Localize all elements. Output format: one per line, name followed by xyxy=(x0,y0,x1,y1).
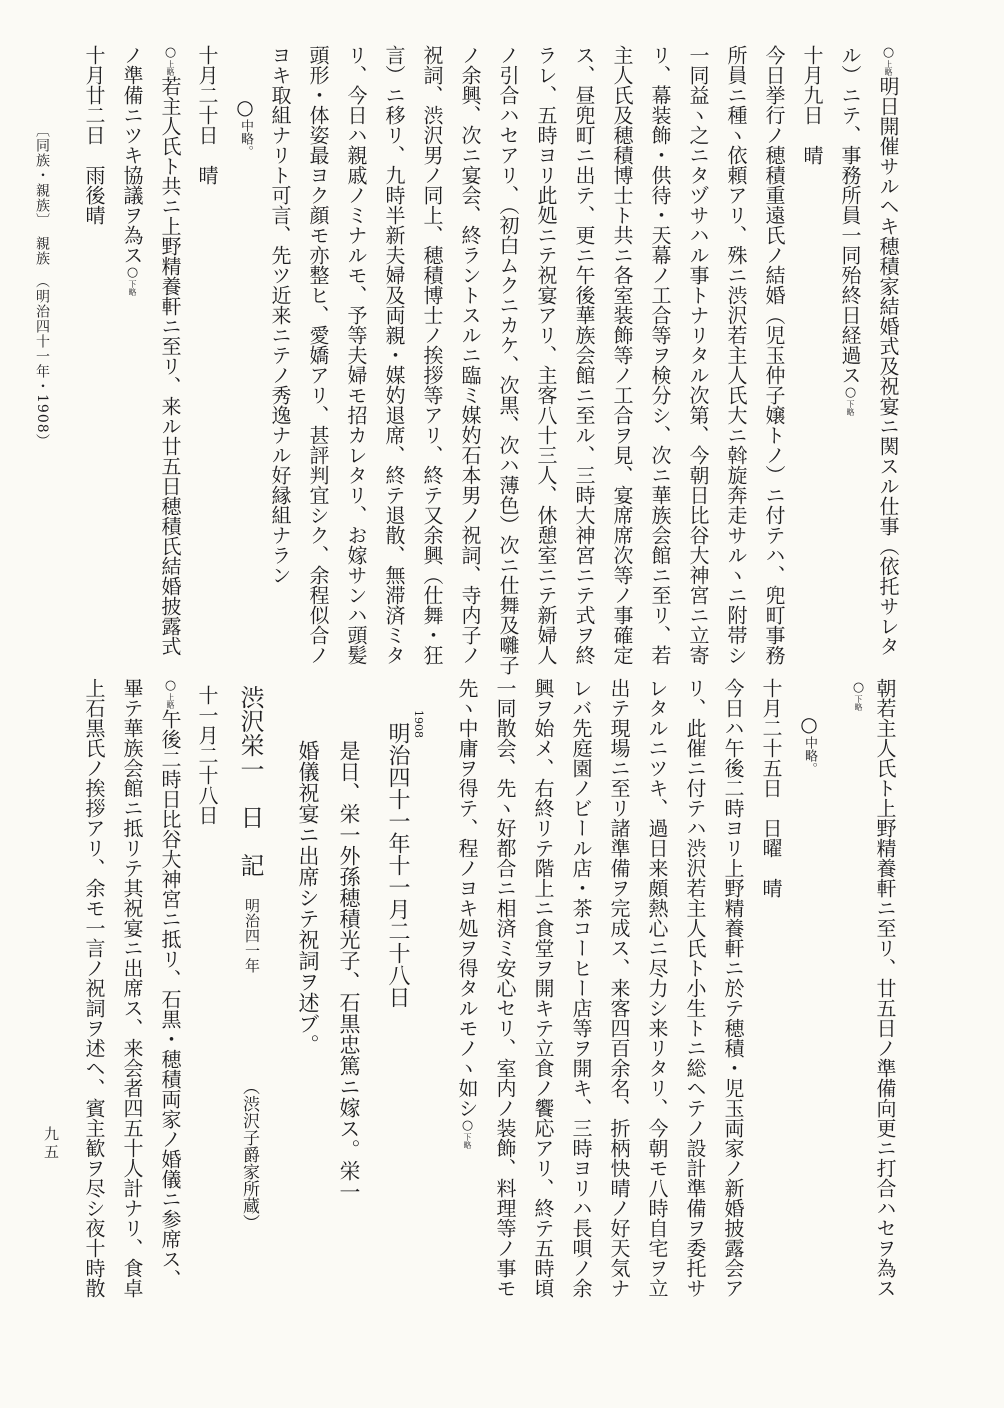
text-run: 興ヲ始メ、右終リテ階上ニ食堂ヲ開キテ立食ノ饗応アリ、終テ五時頃 xyxy=(531,678,555,1298)
text-run: 九五 xyxy=(42,1126,60,1162)
diary-line: ラレ、五時ヨリ此処ニテ祝宴アリ、主客八十三人、休憩室ニテ新婦人 xyxy=(527,45,565,665)
text-run: 今日ハ午後二時ヨリ上野精養軒ニ於テ穂積・児玉両家ノ新婚披露会ア xyxy=(721,678,745,1298)
page-number: 九五 xyxy=(40,1126,62,1162)
diary-line: 朝若主人氏ト上野精養軒ニ至リ、廿五日ノ準備向更ニ打合ハセヲ為ス xyxy=(866,678,904,1298)
diary-line: ○上略若主人氏ト共ニ上野精養軒ニ至リ、来ル廿五日穂積氏結婚披露式 xyxy=(151,45,189,656)
diary-line: ノ余興、次ニ宴会、終ラントスルニ臨ミ媒妁石本男ノ祝詞、寺内子ノ xyxy=(451,45,489,665)
text-run: 午後二時日比谷大神宮ニ抵リ、石黒・穂積両家ノ婚儀ニ参席ス、 xyxy=(158,709,182,1289)
text-run: リ、幕装飾・供待・天幕ノ工合等ヲ検分シ、次ニ華族会館ニ至リ、若 xyxy=(648,45,672,665)
text-run: 明日開催サルヘキ穂積家結婚式及祝宴ニ関スル仕事（依托サレタ xyxy=(876,76,900,656)
editorial-note: 婚儀祝宴ニ出席シテ祝詞ヲ述ブ。 xyxy=(288,740,328,1055)
text-run: 上石黒氏ノ挨拶アリ、余モ一言ノ祝詞ヲ述ヘ、賓主歓ヲ尽シ夜十時散 xyxy=(82,678,106,1298)
diary-line: 言）ニ移リ、九時半新夫婦及両親・媒妁退席、終テ退散、無滞済ミタ xyxy=(375,45,413,665)
text-run: 十月二十五日 日曜 晴 xyxy=(759,678,783,898)
text-run: 是日、栄一外孫穂積光子、石黒忠篤ニ嫁ス。栄一 xyxy=(337,740,361,1202)
date-line: 十月二十五日 日曜 晴 xyxy=(752,678,790,898)
text-run: 朝若主人氏ト上野精養軒ニ至リ、廿五日ノ準備向更ニ打合ハセヲ為ス xyxy=(873,678,897,1298)
diary-line: 一同益ヽ之ニタヅサハル事トナリタル次第、今朝日比谷大神宮ニ立寄 xyxy=(679,45,717,665)
document-page: 〔同族・親族〕 親族 （明治四十一年・1908）九五○上略明日開催サルヘキ穂積家… xyxy=(0,0,1004,1408)
diary-line: 先ヽ中庸ヲ得テ、程ノヨキ処ヲ得タルモノヽ如シ○下略 xyxy=(448,678,486,1149)
text-run: 畢テ華族会館ニ抵リテ其祝宴ニ出席ス、来会者四五十人計ナリ、食卓 xyxy=(120,678,144,1298)
text-run: リ、此催ニ付テハ渋沢若主人氏ト小生トニ総ヘテノ設計準備ヲ委托サ xyxy=(683,678,707,1298)
text-run: 一同益ヽ之ニタヅサハル事トナリタル次第、今朝日比谷大神宮ニ立寄 xyxy=(686,45,710,665)
diary-line: 頭形・体姿最ヨク顔モ亦整ヒ、愛嬌アリ、甚評判宜シク、余程似合ノ xyxy=(299,45,337,665)
running-head: 〔同族・親族〕 親族 （明治四十一年・1908） xyxy=(30,123,54,449)
text-run: 明治四一年 xyxy=(243,898,261,973)
text-run: 十一月二十八日 xyxy=(195,685,219,825)
text-run: （渋沢子爵家所蔵） xyxy=(239,1078,259,1231)
text-run: 明治四十一年十一月二十八日 xyxy=(385,722,410,1008)
text-run: 上略 xyxy=(166,60,175,76)
text-run: 婚儀祝宴ニ出席シテ祝詞ヲ述ブ。 xyxy=(296,740,320,1055)
diary-line: ノ準備ニツキ協議ヲ為ス○下略 xyxy=(113,45,151,296)
text-run: 中略。 xyxy=(238,119,253,158)
text-run: 頭形・体姿最ヨク顔モ亦整ヒ、愛嬌アリ、甚評判宜シク、余程似合ノ xyxy=(306,45,330,665)
text-run: ○ xyxy=(460,1118,475,1133)
text-run: 所員ニ種ヽ依頼アリ、殊ニ渋沢若主人氏大ニ斡旋奔走サルヽニ附帯シ xyxy=(724,45,748,665)
source-subtitle: 明治四一年 xyxy=(242,898,262,973)
diary-line: レバ先庭園ノビール店・茶コーヒー店等ヲ開キ、三時ヨリハ長唄ノ余 xyxy=(562,678,600,1298)
text-run: 十月二十日 晴 xyxy=(195,45,219,185)
source-attribution: （渋沢子爵家所蔵） xyxy=(237,1078,261,1231)
text-run: レバ先庭園ノビール店・茶コーヒー店等ヲ開キ、三時ヨリハ長唄ノ余 xyxy=(569,678,593,1298)
text-run: ラレ、五時ヨリ此処ニテ祝宴アリ、主客八十三人、休憩室ニテ新婦人 xyxy=(534,45,558,665)
text-run: 上略 xyxy=(166,693,175,709)
ellipsis-mark: ○中略。 xyxy=(226,95,264,158)
text-run: 十月九日 晴 xyxy=(800,45,824,165)
diary-line: 一同散会、先ヽ好都合ニ相済ミ安心セリ、室内ノ装飾、料理等ノ事モ xyxy=(486,678,524,1298)
diary-line: ル）ニテ、事務所員一同殆終日経過ス○下略 xyxy=(831,45,869,416)
text-run: レタルニツキ、過日来頗熱心ニ尽力シ来リタリ、今朝モ八時自宅ヲ立 xyxy=(645,678,669,1298)
diary-line: 主人氏及穂積博士ト共ニ各室装飾等ノ工合ヲ見、宴席席次等ノ事確定 xyxy=(603,45,641,665)
text-run: 下略 xyxy=(846,400,855,416)
date-line: 十月廿二日 雨後晴 xyxy=(75,45,113,225)
text-run: ル）ニテ、事務所員一同殆終日経過ス xyxy=(838,45,862,385)
diary-line: 上石黒氏ノ挨拶アリ、余モ一言ノ祝詞ヲ述ヘ、賓主歓ヲ尽シ夜十時散 xyxy=(75,678,113,1298)
diary-line: 今日挙行ノ穂積重遠氏ノ結婚（児玉仲子嬢トノ）ニ付テハ、兜町事務 xyxy=(755,45,793,665)
text-run: 先ヽ中庸ヲ得テ、程ノヨキ処ヲ得タルモノヽ如シ xyxy=(455,678,479,1118)
text-run: 上略 xyxy=(884,60,893,76)
text-run: 一同散会、先ヽ好都合ニ相済ミ安心セリ、室内ノ装飾、料理等ノ事モ xyxy=(493,678,517,1298)
date-line: 十月九日 晴 xyxy=(793,45,831,165)
text-run: 若主人氏ト共ニ上野精養軒ニ至リ、来ル廿五日穂積氏結婚披露式 xyxy=(158,76,182,656)
diary-line: 祝詞、渋沢男ノ同上、穂積博士ノ挨拶等アリ、終テ又余興（仕舞・狂 xyxy=(413,45,451,665)
diary-line: ノ引合ハセアリ、（初白ムクニカケ、次黒、次ハ薄色）次ニ仕舞及囃子 xyxy=(489,45,527,675)
diary-line: ○上略明日開催サルヘキ穂積家結婚式及祝宴ニ関スル仕事（依托サレタ xyxy=(869,45,907,656)
text-run: ノ余興、次ニ宴会、終ラントスルニ臨ミ媒妁石本男ノ祝詞、寺内子ノ xyxy=(458,45,482,665)
text-run: 渋沢栄一 日 記 xyxy=(236,685,264,877)
section-heading-date: 明治四十一年十一月二十八日 xyxy=(375,722,419,1008)
diary-line: リ、幕装飾・供待・天幕ノ工合等ヲ検分シ、次ニ華族会館ニ至リ、若 xyxy=(641,45,679,665)
text-run: ○ xyxy=(797,712,821,736)
source-title: 渋沢栄一 日 記 xyxy=(230,685,270,877)
text-run: ス、昼兜町ニ出テ、更ニ午後華族会館ニ至ル、三時大神宮ニテ式ヲ終 xyxy=(572,45,596,665)
text-run: 下略 xyxy=(854,695,863,711)
ellipsis-mark: ○下略 xyxy=(839,680,877,711)
text-run: 下略 xyxy=(128,280,137,296)
editorial-note: 是日、栄一外孫穂積光子、石黒忠篤ニ嫁ス。栄一 xyxy=(329,740,369,1202)
text-run: ○ xyxy=(163,678,178,693)
diary-line: 所員ニ種ヽ依頼アリ、殊ニ渋沢若主人氏大ニ斡旋奔走サルヽニ附帯シ xyxy=(717,45,755,665)
diary-line: ○上略午後二時日比谷大神宮ニ抵リ、石黒・穂積両家ノ婚儀ニ参席ス、 xyxy=(151,678,189,1289)
text-run: ○ xyxy=(843,385,858,400)
text-run: 主人氏及穂積博士ト共ニ各室装飾等ノ工合ヲ見、宴席席次等ノ事確定 xyxy=(610,45,634,665)
text-run: リ、今日ハ親戚ノミナルモ、予等夫婦モ招カレタリ、お嫁サンハ頭髪 xyxy=(344,45,368,665)
text-run: ○ xyxy=(881,45,896,60)
diary-line: レタルニツキ、過日来頗熱心ニ尽力シ来リタリ、今朝モ八時自宅ヲ立 xyxy=(638,678,676,1298)
text-run: ノ引合ハセアリ、（初白ムクニカケ、次黒、次ハ薄色）次ニ仕舞及囃子 xyxy=(496,45,520,675)
text-run: ○ xyxy=(233,95,257,119)
diary-line: 出テ現場ニ至リ諸準備ヲ完成ス、来客四百余名、折柄快晴ノ好天気ナ xyxy=(600,678,638,1298)
diary-line: ス、昼兜町ニ出テ、更ニ午後華族会館ニ至ル、三時大神宮ニテ式ヲ終 xyxy=(565,45,603,665)
ellipsis-mark: ○中略。 xyxy=(790,712,828,775)
text-run: 今日挙行ノ穂積重遠氏ノ結婚（児玉仲子嬢トノ）ニ付テハ、兜町事務 xyxy=(762,45,786,665)
text-run: 出テ現場ニ至リ諸準備ヲ完成ス、来客四百余名、折柄快晴ノ好天気ナ xyxy=(607,678,631,1298)
diary-line: ヨキ取組ナリト可言、先ツ近来ニテノ秀逸ナル好縁組ナラン xyxy=(261,45,299,585)
diary-line: 畢テ華族会館ニ抵リテ其祝宴ニ出席ス、来会者四五十人計ナリ、食卓 xyxy=(113,678,151,1298)
text-run: ○ xyxy=(163,45,178,60)
diary-line: リ、今日ハ親戚ノミナルモ、予等夫婦モ招カレタリ、お嫁サンハ頭髪 xyxy=(337,45,375,665)
text-run: ○ xyxy=(851,680,866,695)
text-run: 〔同族・親族〕 親族 （明治四十一年・1908） xyxy=(34,123,50,449)
text-run: 下略 xyxy=(463,1133,472,1149)
diary-line: 今日ハ午後二時ヨリ上野精養軒ニ於テ穂積・児玉両家ノ新婚披露会ア xyxy=(714,678,752,1298)
text-run: ○ xyxy=(125,265,140,280)
text-run: ノ準備ニツキ協議ヲ為ス xyxy=(120,45,144,265)
text-run: 言）ニ移リ、九時半新夫婦及両親・媒妁退席、終テ退散、無滞済ミタ xyxy=(382,45,406,665)
text-run: 中略。 xyxy=(802,736,817,775)
diary-line: 興ヲ始メ、右終リテ階上ニ食堂ヲ開キテ立食ノ饗応アリ、終テ五時頃 xyxy=(524,678,562,1298)
text-run: 祝詞、渋沢男ノ同上、穂積博士ノ挨拶等アリ、終テ又余興（仕舞・狂 xyxy=(420,45,444,665)
diary-line: リ、此催ニ付テハ渋沢若主人氏ト小生トニ総ヘテノ設計準備ヲ委托サ xyxy=(676,678,714,1298)
text-run: 十月廿二日 雨後晴 xyxy=(82,45,106,225)
text-run: ヨキ取組ナリト可言、先ツ近来ニテノ秀逸ナル好縁組ナラン xyxy=(268,45,292,585)
date-line: 十月二十日 晴 xyxy=(188,45,226,185)
date-line: 十一月二十八日 xyxy=(188,685,226,825)
